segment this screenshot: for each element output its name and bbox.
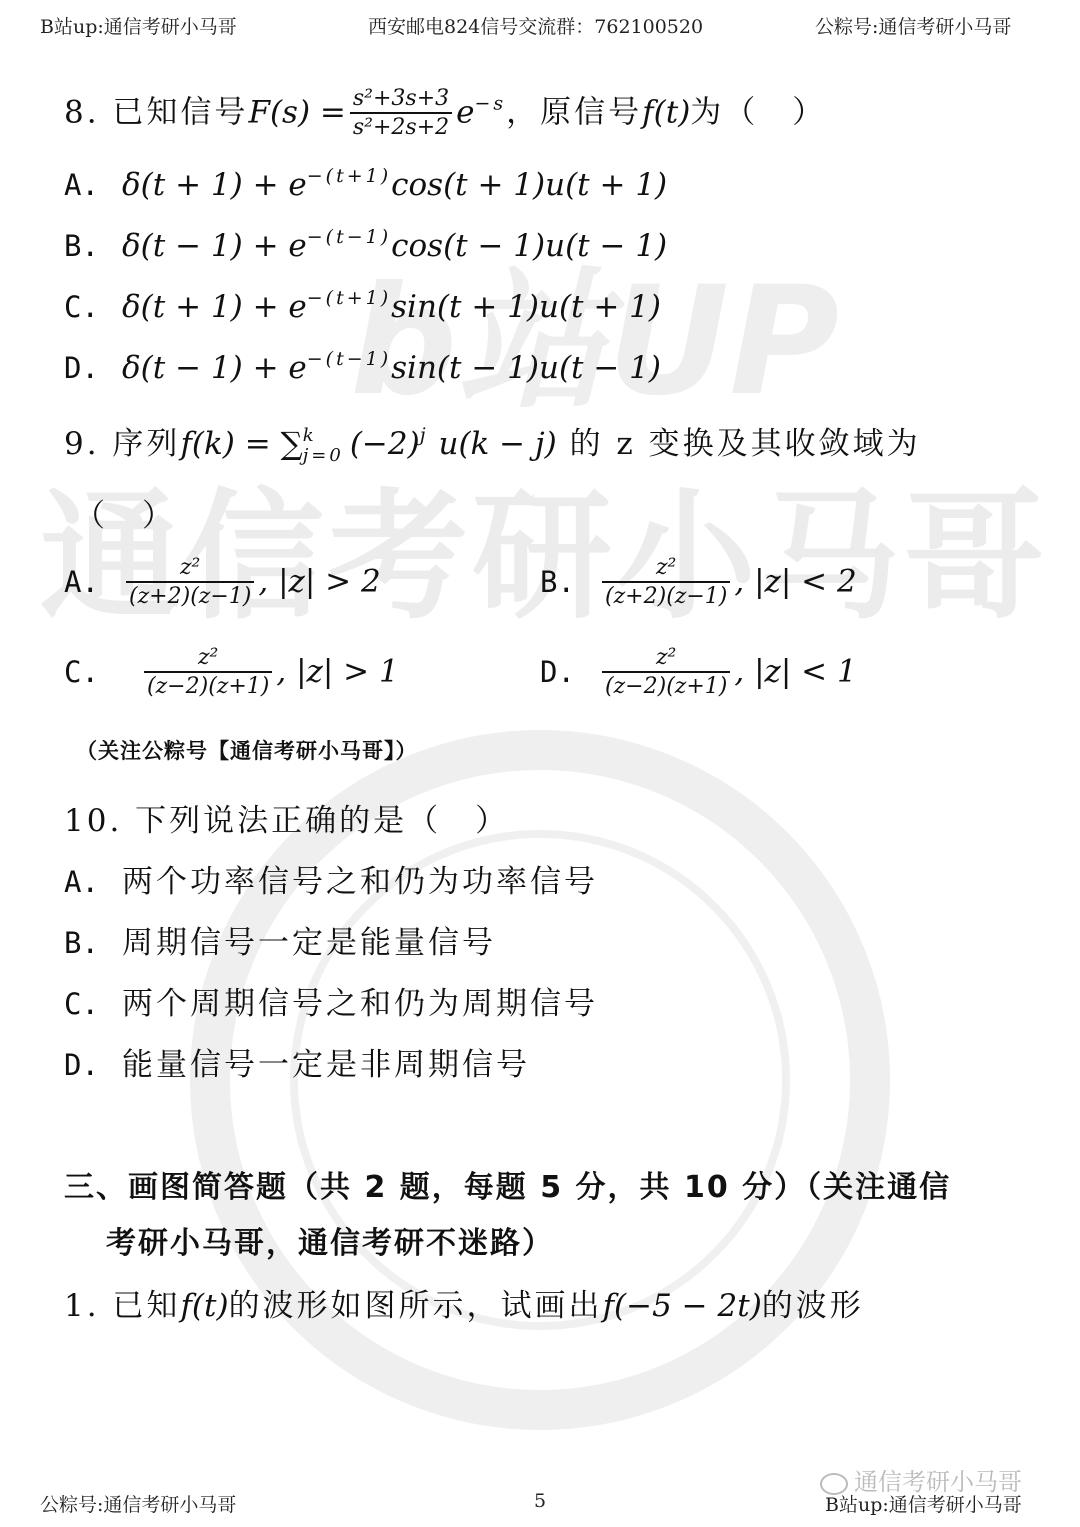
option-expr: δ(t + 1) + e — [122, 289, 307, 325]
option-fraction: z²(z+2)(z−1) — [126, 555, 254, 611]
q8-option-d[interactable]: D.δ(t − 1) + e−(t−1)sin(t − 1)u(t − 1) — [64, 348, 661, 386]
q8-option-b[interactable]: B.δ(t − 1) + e−(t−1)cos(t − 1)u(t − 1) — [64, 226, 667, 264]
q9-body-tail: u(k − j) — [429, 426, 557, 462]
q9-option-c[interactable]: C.z²(z−2)(z+1), |z| > 1 — [64, 645, 399, 701]
header-right: 公粽号:通信考研小马哥 — [815, 12, 1011, 39]
option-label: B. — [540, 565, 598, 599]
q9-option-d[interactable]: D.z²(z−2)(z+1), |z| < 1 — [540, 645, 857, 701]
q9-paren: （ ） — [74, 490, 176, 535]
big-text-watermark: 通信考研小马哥 — [40, 445, 1048, 646]
option-expr: δ(t + 1) + e — [122, 167, 307, 203]
frac-den: (z−2)(z+1) — [144, 671, 272, 701]
q9-stem: 9. 序列f(k) = ∑kj=0(−2)j u(k − j) 的 z 变换及其… — [64, 418, 921, 466]
option-text: 周期信号一定是能量信号 — [122, 925, 496, 961]
option-label: C. — [64, 290, 122, 324]
option-text: 两个功率信号之和仍为功率信号 — [122, 864, 598, 900]
q8-option-c[interactable]: C.δ(t + 1) + e−(t+1)sin(t + 1)u(t + 1) — [64, 287, 661, 325]
footer-left: 公粽号:通信考研小马哥 — [40, 1490, 236, 1517]
wechat-watermark: 通信考研小马哥 — [820, 1462, 1022, 1497]
option-label: A. — [64, 865, 122, 899]
q8-fraction: s²+3s+3s²+2s+2 — [350, 86, 452, 142]
q9-sum-sub: j=0 — [303, 446, 344, 466]
q10-option-a[interactable]: A.两个功率信号之和仍为功率信号 — [64, 856, 598, 901]
q9-sum-limits: kj=0 — [303, 426, 344, 466]
option-label: B. — [64, 926, 122, 960]
problem-1: 1. 已知f(t)的波形如图所示，试画出f(−5 − 2t)的波形 — [64, 1280, 864, 1325]
q9-option-a[interactable]: A.z²(z+2)(z−1), |z| > 2 — [64, 555, 381, 611]
q9-body: (−2) — [350, 426, 420, 462]
option-label: D. — [540, 655, 598, 689]
option-sup: −(t+1) — [307, 287, 391, 309]
section-heading: 三、画图简答题（共 2 题，每题 5 分，共 10 分）（关注通信 — [64, 1162, 951, 1206]
frac-den: (z+2)(z−1) — [602, 581, 730, 611]
option-expr-tail: cos(t − 1)u(t − 1) — [391, 228, 667, 264]
option-expr-tail: cos(t + 1)u(t + 1) — [391, 167, 667, 203]
header-left: B站up:通信考研小马哥 — [40, 12, 237, 39]
option-label: A. — [64, 565, 122, 599]
p1-fexpr: f(−5 − 2t) — [603, 1288, 762, 1324]
option-expr-tail: sin(t − 1)u(t − 1) — [391, 350, 661, 386]
wechat-text: 通信考研小马哥 — [854, 1468, 1022, 1496]
q8-prefix: 8. 已知信号 — [64, 95, 248, 131]
q9-suffix: 的 z 变换及其收敛域为 — [570, 426, 921, 462]
q10-option-b[interactable]: B.周期信号一定是能量信号 — [64, 917, 496, 962]
option-text: 能量信号一定是非周期信号 — [122, 1047, 530, 1083]
follow-note: （关注公粽号【通信考研小马哥】） — [76, 735, 418, 765]
page-number: 5 — [534, 1490, 546, 1512]
q8-frac-num: s²+3s+3 — [350, 86, 452, 112]
q9-lhs: f(k) = ∑ — [180, 426, 302, 462]
q8-ft: f(t) — [642, 95, 690, 131]
frac-num: z² — [653, 645, 679, 671]
option-label: D. — [64, 1048, 122, 1082]
frac-num: z² — [653, 555, 679, 581]
p1-suffix: 的波形 — [762, 1288, 864, 1324]
p1-prefix: 1. 已知 — [64, 1288, 180, 1324]
section-heading-cont: 考研小马哥，通信考研不迷路） — [106, 1218, 554, 1262]
q8-frac-den: s²+2s+2 — [350, 112, 452, 142]
wechat-icon — [820, 1473, 848, 1495]
q9-option-b[interactable]: B.z²(z+2)(z−1), |z| < 2 — [540, 555, 857, 611]
option-sup: −(t−1) — [307, 348, 391, 370]
option-roc: , |z| < 2 — [734, 564, 856, 600]
option-roc: , |z| > 2 — [258, 564, 380, 600]
frac-den: (z−2)(z+1) — [602, 671, 730, 701]
q8-option-a[interactable]: A.δ(t + 1) + e−(t+1)cos(t + 1)u(t + 1) — [64, 165, 667, 203]
option-label: A. — [64, 168, 122, 202]
option-text: 两个周期信号之和仍为周期信号 — [122, 986, 598, 1022]
q8-exp-sup: −s — [475, 93, 507, 115]
header-center: 西安邮电824信号交流群：762100520 — [368, 12, 703, 39]
frac-den: (z+2)(z−1) — [126, 581, 254, 611]
frac-num: z² — [195, 645, 221, 671]
option-roc: , |z| < 1 — [734, 654, 856, 690]
option-label: C. — [64, 987, 122, 1021]
option-roc: , |z| > 1 — [276, 654, 398, 690]
q9-body-sup: j — [420, 424, 429, 446]
option-label: C. — [64, 655, 140, 689]
q10-stem: 10. 下列说法正确的是（ ） — [64, 795, 509, 840]
p1-ft: f(t) — [180, 1288, 228, 1324]
q10-option-c[interactable]: C.两个周期信号之和仍为周期信号 — [64, 978, 598, 1023]
option-expr-tail: sin(t + 1)u(t + 1) — [391, 289, 661, 325]
option-fraction: z²(z−2)(z+1) — [144, 645, 272, 701]
q8-suffix-a: ，原信号 — [506, 95, 642, 131]
frac-num: z² — [177, 555, 203, 581]
option-expr: δ(t − 1) + e — [122, 228, 307, 264]
option-sup: −(t−1) — [307, 226, 391, 248]
option-sup: −(t+1) — [307, 165, 391, 187]
option-fraction: z²(z+2)(z−1) — [602, 555, 730, 611]
q9-prefix: 9. 序列 — [64, 426, 180, 462]
option-fraction: z²(z−2)(z+1) — [602, 645, 730, 701]
p1-mid: 的波形如图所示，试画出 — [229, 1288, 603, 1324]
q8-stem: 8. 已知信号F(s) =s²+3s+3s²+2s+2e−s，原信号f(t)为（… — [64, 86, 826, 142]
q10-option-d[interactable]: D.能量信号一定是非周期信号 — [64, 1039, 530, 1084]
q8-lhs: F(s) = — [248, 95, 345, 131]
option-label: D. — [64, 351, 122, 385]
option-expr: δ(t − 1) + e — [122, 350, 307, 386]
q8-suffix-b: 为（ ） — [690, 95, 826, 131]
option-label: B. — [64, 229, 122, 263]
q9-sum-sup: k — [303, 426, 344, 446]
q8-exp: e — [456, 95, 474, 131]
